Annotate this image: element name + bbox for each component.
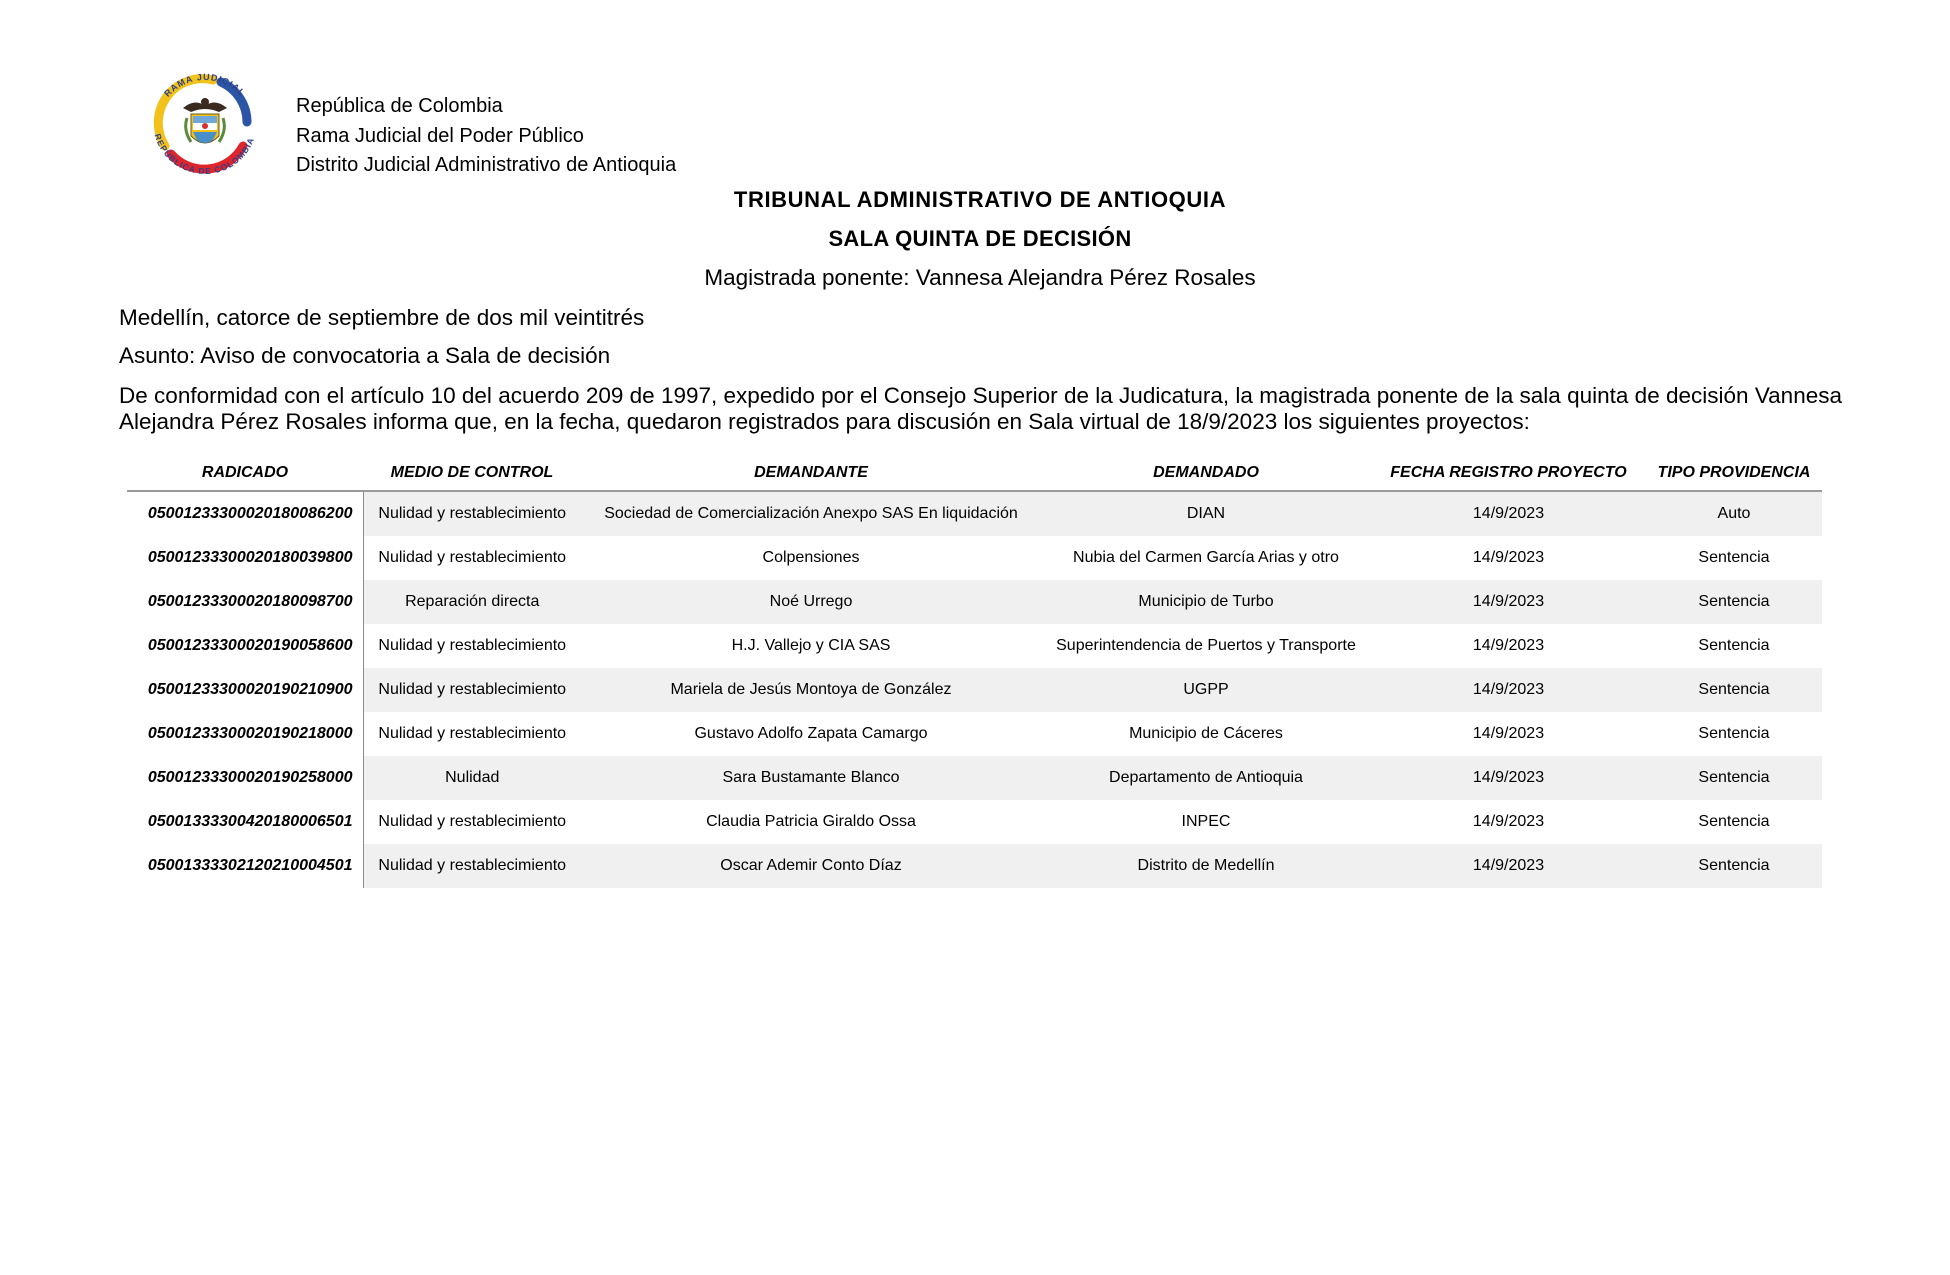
- cell-demandante: Claudia Patricia Giraldo Ossa: [581, 800, 1041, 844]
- cell-tipo-providencia: Sentencia: [1646, 536, 1822, 580]
- cell-demandado: UGPP: [1041, 668, 1371, 712]
- cell-fecha-registro: 14/9/2023: [1371, 712, 1646, 756]
- cell-medio-control: Nulidad y restablecimiento: [363, 844, 581, 888]
- cell-radicado: 05001233300020190058600: [127, 624, 363, 668]
- cell-tipo-providencia: Sentencia: [1646, 756, 1822, 800]
- cell-fecha-registro: 14/9/2023: [1371, 580, 1646, 624]
- col-header-demandado: DEMANDADO: [1041, 455, 1371, 491]
- table-row: 05001233300020190218000Nulidad y restabl…: [127, 712, 1822, 756]
- entity-line-district: Distrito Judicial Administrativo de Anti…: [296, 151, 676, 181]
- col-header-tipo-providencia: TIPO PROVIDENCIA: [1646, 455, 1822, 491]
- cell-medio-control: Nulidad y restablecimiento: [363, 668, 581, 712]
- cell-demandante: Oscar Ademir Conto Díaz: [581, 844, 1041, 888]
- table-row: 05001233300020190258000NulidadSara Busta…: [127, 756, 1822, 800]
- table-header-row: RADICADO MEDIO DE CONTROL DEMANDANTE DEM…: [127, 455, 1822, 491]
- table-row: 05001233300020180039800Nulidad y restabl…: [127, 536, 1822, 580]
- cell-medio-control: Nulidad y restablecimiento: [363, 712, 581, 756]
- cell-demandado: Municipio de Cáceres: [1041, 712, 1371, 756]
- entity-line-country: República de Colombia: [296, 92, 676, 122]
- rama-judicial-logo: RAMA JUDICIAL REPÚBLICA DE COLOMBIA: [143, 62, 267, 186]
- col-header-radicado: RADICADO: [127, 455, 363, 491]
- cell-demandado: Departamento de Antioquia: [1041, 756, 1371, 800]
- cell-tipo-providencia: Sentencia: [1646, 668, 1822, 712]
- cell-demandante: Gustavo Adolfo Zapata Camargo: [581, 712, 1041, 756]
- notice-paragraph: De conformidad con el artículo 10 del ac…: [119, 383, 1842, 435]
- col-header-medio-control: MEDIO DE CONTROL: [363, 455, 581, 491]
- table-row: 05001333300420180006501Nulidad y restabl…: [127, 800, 1822, 844]
- cell-fecha-registro: 14/9/2023: [1371, 491, 1646, 536]
- court-title: TRIBUNAL ADMINISTRATIVO DE ANTIOQUIA: [0, 187, 1950, 213]
- cell-demandado: Municipio de Turbo: [1041, 580, 1371, 624]
- table-row: 05001233300020190058600Nulidad y restabl…: [127, 624, 1822, 668]
- cell-radicado: 05001233300020190218000: [127, 712, 363, 756]
- table-row: 05001233300020180086200Nulidad y restabl…: [127, 491, 1822, 536]
- projects-table: RADICADO MEDIO DE CONTROL DEMANDANTE DEM…: [127, 455, 1822, 888]
- cell-tipo-providencia: Sentencia: [1646, 580, 1822, 624]
- cell-medio-control: Reparación directa: [363, 580, 581, 624]
- cell-tipo-providencia: Sentencia: [1646, 844, 1822, 888]
- cell-fecha-registro: 14/9/2023: [1371, 756, 1646, 800]
- cell-demandante: Noé Urrego: [581, 580, 1041, 624]
- table-row: 05001233300020190210900Nulidad y restabl…: [127, 668, 1822, 712]
- cell-radicado: 05001333300420180006501: [127, 800, 363, 844]
- cell-fecha-registro: 14/9/2023: [1371, 668, 1646, 712]
- entity-block: República de Colombia Rama Judicial del …: [296, 92, 676, 181]
- cell-tipo-providencia: Auto: [1646, 491, 1822, 536]
- cell-tipo-providencia: Sentencia: [1646, 712, 1822, 756]
- cell-fecha-registro: 14/9/2023: [1371, 536, 1646, 580]
- cell-demandado: Superintendencia de Puertos y Transporte: [1041, 624, 1371, 668]
- cell-fecha-registro: 14/9/2023: [1371, 624, 1646, 668]
- cell-demandado: INPEC: [1041, 800, 1371, 844]
- cell-demandado: DIAN: [1041, 491, 1371, 536]
- cell-demandado: Distrito de Medellín: [1041, 844, 1371, 888]
- table-row: 05001233300020180098700Reparación direct…: [127, 580, 1822, 624]
- cell-medio-control: Nulidad y restablecimiento: [363, 536, 581, 580]
- entity-line-branch: Rama Judicial del Poder Público: [296, 122, 676, 152]
- cell-radicado: 05001233300020190258000: [127, 756, 363, 800]
- cell-tipo-providencia: Sentencia: [1646, 624, 1822, 668]
- document-date: Medellín, catorce de septiembre de dos m…: [119, 305, 1842, 331]
- cell-radicado: 05001233300020180086200: [127, 491, 363, 536]
- cell-demandante: H.J. Vallejo y CIA SAS: [581, 624, 1041, 668]
- magistrate-line: Magistrada ponente: Vannesa Alejandra Pé…: [0, 265, 1950, 291]
- cell-demandante: Sara Bustamante Blanco: [581, 756, 1041, 800]
- cell-demandante: Colpensiones: [581, 536, 1041, 580]
- cell-radicado: 05001233300020180039800: [127, 536, 363, 580]
- chamber-title: SALA QUINTA DE DECISIÓN: [0, 226, 1950, 252]
- coat-of-arms-icon: RAMA JUDICIAL REPÚBLICA DE COLOMBIA: [143, 62, 267, 186]
- cell-radicado: 05001233300020180098700: [127, 580, 363, 624]
- col-header-fecha-registro: FECHA REGISTRO PROYECTO: [1371, 455, 1646, 491]
- table-row: 05001333302120210004501Nulidad y restabl…: [127, 844, 1822, 888]
- cell-demandado: Nubia del Carmen García Arias y otro: [1041, 536, 1371, 580]
- col-header-demandante: DEMANDANTE: [581, 455, 1041, 491]
- cell-medio-control: Nulidad y restablecimiento: [363, 624, 581, 668]
- cell-fecha-registro: 14/9/2023: [1371, 800, 1646, 844]
- cell-tipo-providencia: Sentencia: [1646, 800, 1822, 844]
- cell-medio-control: Nulidad: [363, 756, 581, 800]
- cell-radicado: 05001233300020190210900: [127, 668, 363, 712]
- cell-demandante: Sociedad de Comercialización Anexpo SAS …: [581, 491, 1041, 536]
- cell-radicado: 05001333302120210004501: [127, 844, 363, 888]
- cell-medio-control: Nulidad y restablecimiento: [363, 491, 581, 536]
- subject-line: Asunto: Aviso de convocatoria a Sala de …: [119, 343, 1842, 369]
- cell-fecha-registro: 14/9/2023: [1371, 844, 1646, 888]
- cell-medio-control: Nulidad y restablecimiento: [363, 800, 581, 844]
- cell-demandante: Mariela de Jesús Montoya de González: [581, 668, 1041, 712]
